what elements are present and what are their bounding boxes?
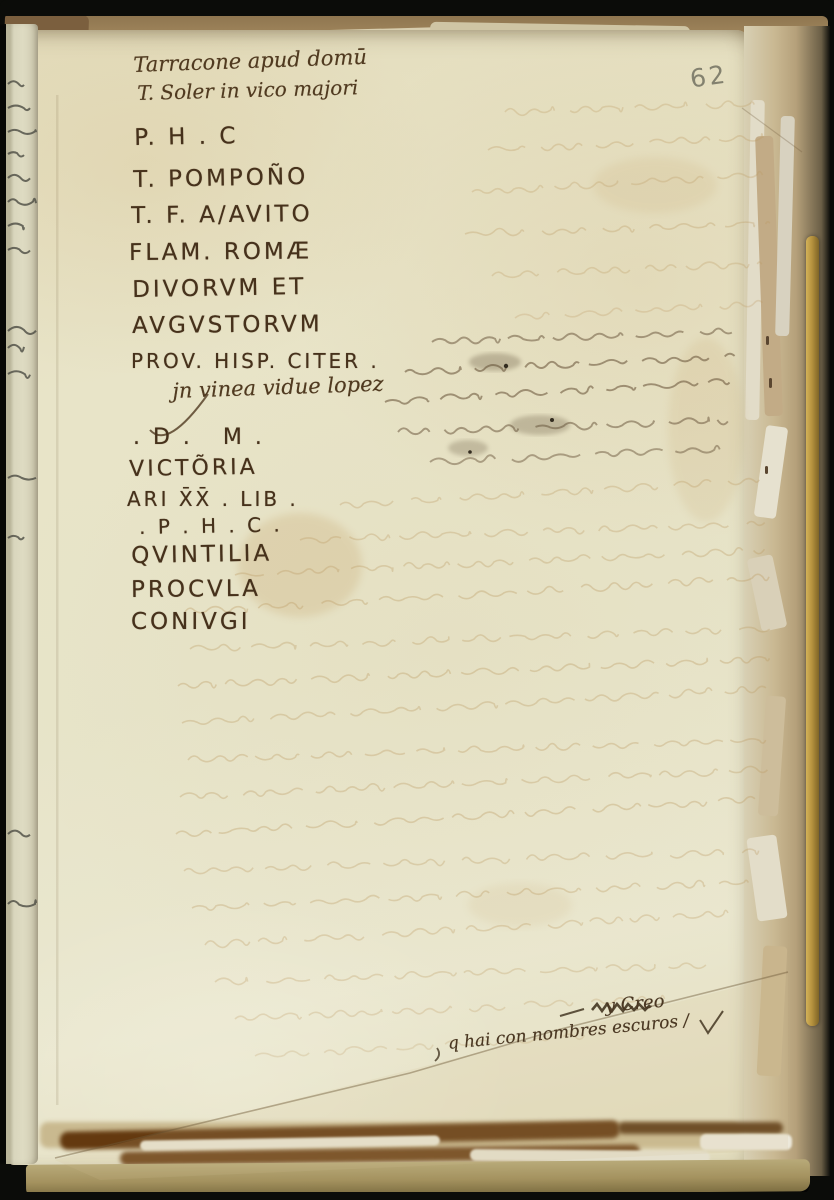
inscription-line-augustorum: AVGVSTORVM bbox=[132, 313, 323, 338]
epitaph-line-quintilia: QVINTILIA bbox=[131, 543, 272, 568]
inscription-line-phc: P. H . C bbox=[134, 125, 239, 150]
manuscript-photo: { "document": { "type": "manuscript-page… bbox=[0, 0, 834, 1200]
inscription-line-flam: FLAM. ROMÆ bbox=[129, 240, 312, 265]
epitaph-line-procula: PROCVLA bbox=[131, 578, 261, 602]
folio-number: 62 bbox=[688, 60, 729, 94]
facing-page-edge bbox=[0, 24, 38, 1164]
inscription-line-prov: PROV. HISP. CITER . bbox=[131, 351, 380, 371]
page-edge-stack bbox=[744, 26, 834, 1176]
inscription-line-pomponio: T. POMPOÑO bbox=[133, 166, 308, 192]
gilt-page-edge bbox=[806, 236, 819, 1026]
stained-bottom-edge bbox=[0, 1108, 834, 1200]
epitaph-line-coniugi: CONIVGI bbox=[131, 611, 251, 634]
inscription-line-divorum: DIVORVM ET bbox=[132, 276, 306, 302]
epitaph-line-victoria: VICTÕRIA bbox=[129, 457, 258, 481]
epitaph-line-arixx: ARI X̄X̄ . LIB . bbox=[127, 489, 299, 509]
heading-line-2: T. Soler in vico majori bbox=[137, 77, 358, 103]
inscription-line-avito: T. F. A/AVITO bbox=[131, 203, 313, 228]
epitaph-line-phc2: . P . H . C . bbox=[139, 514, 283, 537]
epitaph-line-dm: . D . M . bbox=[133, 427, 265, 449]
